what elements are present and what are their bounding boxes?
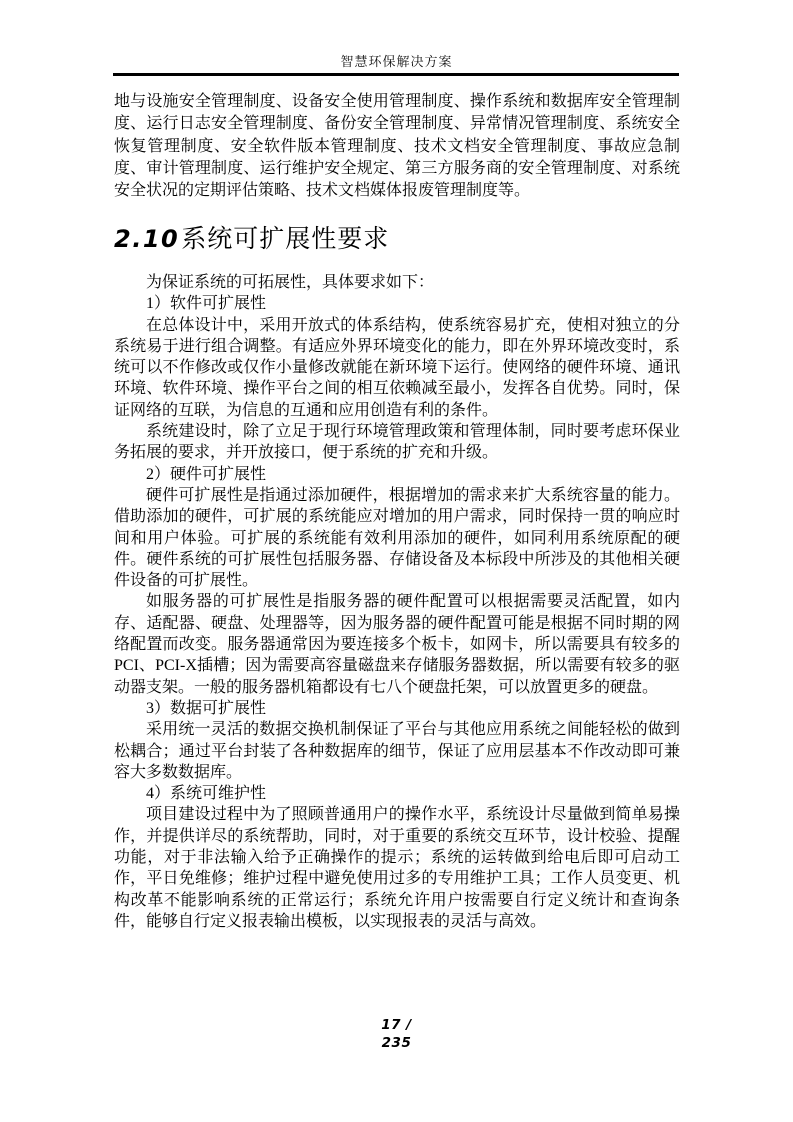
paragraph-maintainability: 项目建设过程中为了照顾普通用户的操作水平，系统设计尽量做到简单易操作，并提供详尽… (114, 804, 680, 932)
paragraph-item3-title: 3）数据可扩展性 (114, 698, 680, 719)
paragraph-hardware-extensibility: 硬件可扩展性是指通过添加硬件，根据增加的需求来扩大系统容量的能力。借助添加的硬件… (114, 485, 680, 591)
page-number-current: 17 / (381, 1017, 411, 1033)
paragraph-item4-title: 4）系统可维护性 (114, 783, 680, 804)
paragraph-system-construction: 系统建设时，除了立足于现行环境管理政策和管理体制，同时要考虑环保业务拓展的要求，… (114, 421, 680, 464)
section-number: 2.10 (114, 225, 181, 253)
paragraph-server-extensibility: 如服务器的可扩展性是指服务器的硬件配置可以根据需要灵活配置，如内存、适配器、硬盘… (114, 591, 680, 697)
paragraph-requirements-intro: 为保证系统的可拓展性，具体要求如下： (114, 272, 680, 293)
paragraph-software-extensibility: 在总体设计中，采用开放式的体系结构，使系统容易扩充，使相对独立的分系统易于进行组… (114, 315, 680, 421)
page-number-total: 235 (382, 1035, 412, 1051)
section-heading: 2.10系统可扩展性要求 (114, 222, 389, 257)
page-number: 17 / 235 (0, 1017, 793, 1052)
paragraph-data-extensibility: 采用统一灵活的数据交换机制保证了平台与其他应用系统之间能轻松的做到松耦合；通过平… (114, 719, 680, 783)
section-title: 系统可扩展性要求 (181, 226, 389, 253)
body-text: 为保证系统的可拓展性，具体要求如下： 1）软件可扩展性 在总体设计中，采用开放式… (114, 272, 680, 932)
header-title: 智慧环保解决方案 (0, 51, 793, 70)
paragraph-item2-title: 2）硬件可扩展性 (114, 464, 680, 485)
intro-paragraph: 地与设施安全管理制度、设备安全使用管理制度、操作系统和数据库安全管理制度、运行日… (114, 91, 680, 202)
paragraph-item1-title: 1）软件可扩展性 (114, 293, 680, 314)
document-page: 智慧环保解决方案 地与设施安全管理制度、设备安全使用管理制度、操作系统和数据库安… (0, 0, 793, 1122)
header-rule (113, 73, 679, 76)
